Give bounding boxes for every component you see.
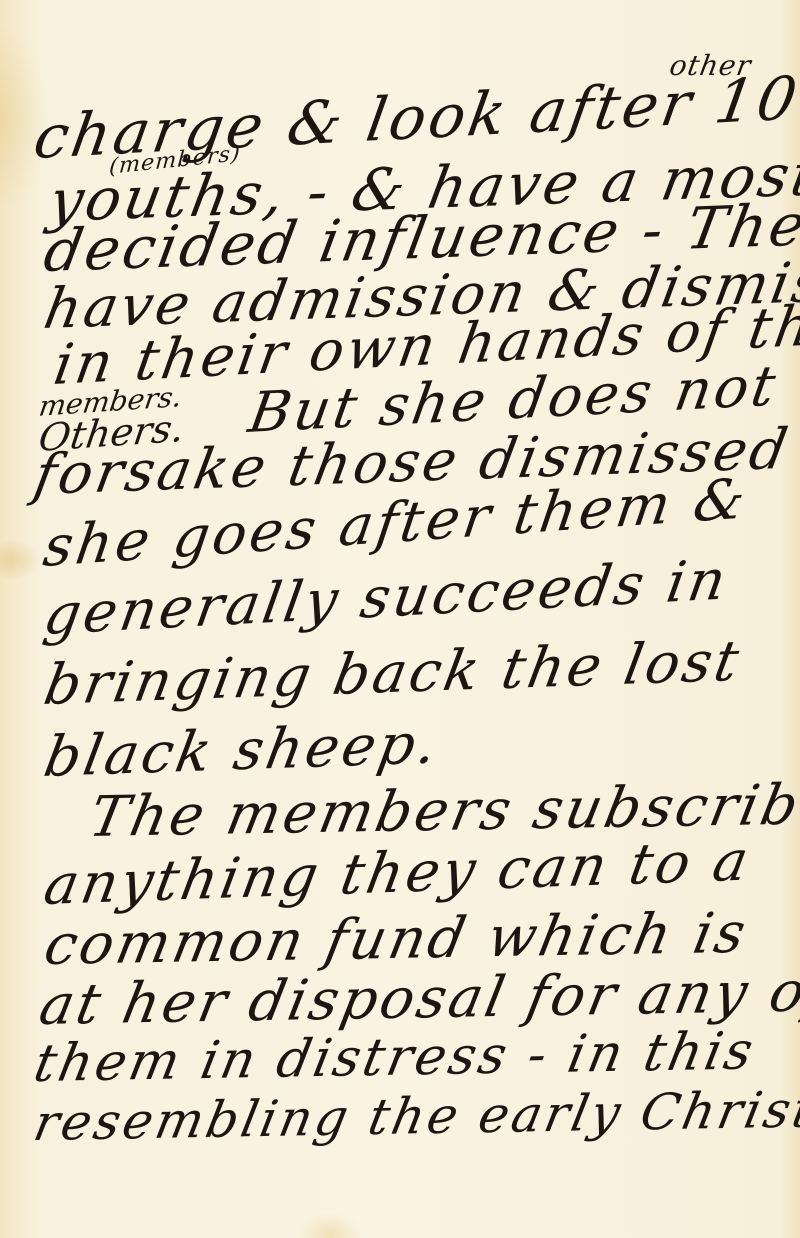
manuscript-page: other charge & look after 10 or 12 (memb… bbox=[0, 0, 800, 1238]
line-17: resembling the early Christians bbox=[30, 1082, 800, 1148]
line-10: bringing back the lost bbox=[40, 634, 745, 714]
line-16: them in distress - in this bbox=[30, 1025, 760, 1090]
line-11: black sheep. bbox=[40, 716, 444, 786]
